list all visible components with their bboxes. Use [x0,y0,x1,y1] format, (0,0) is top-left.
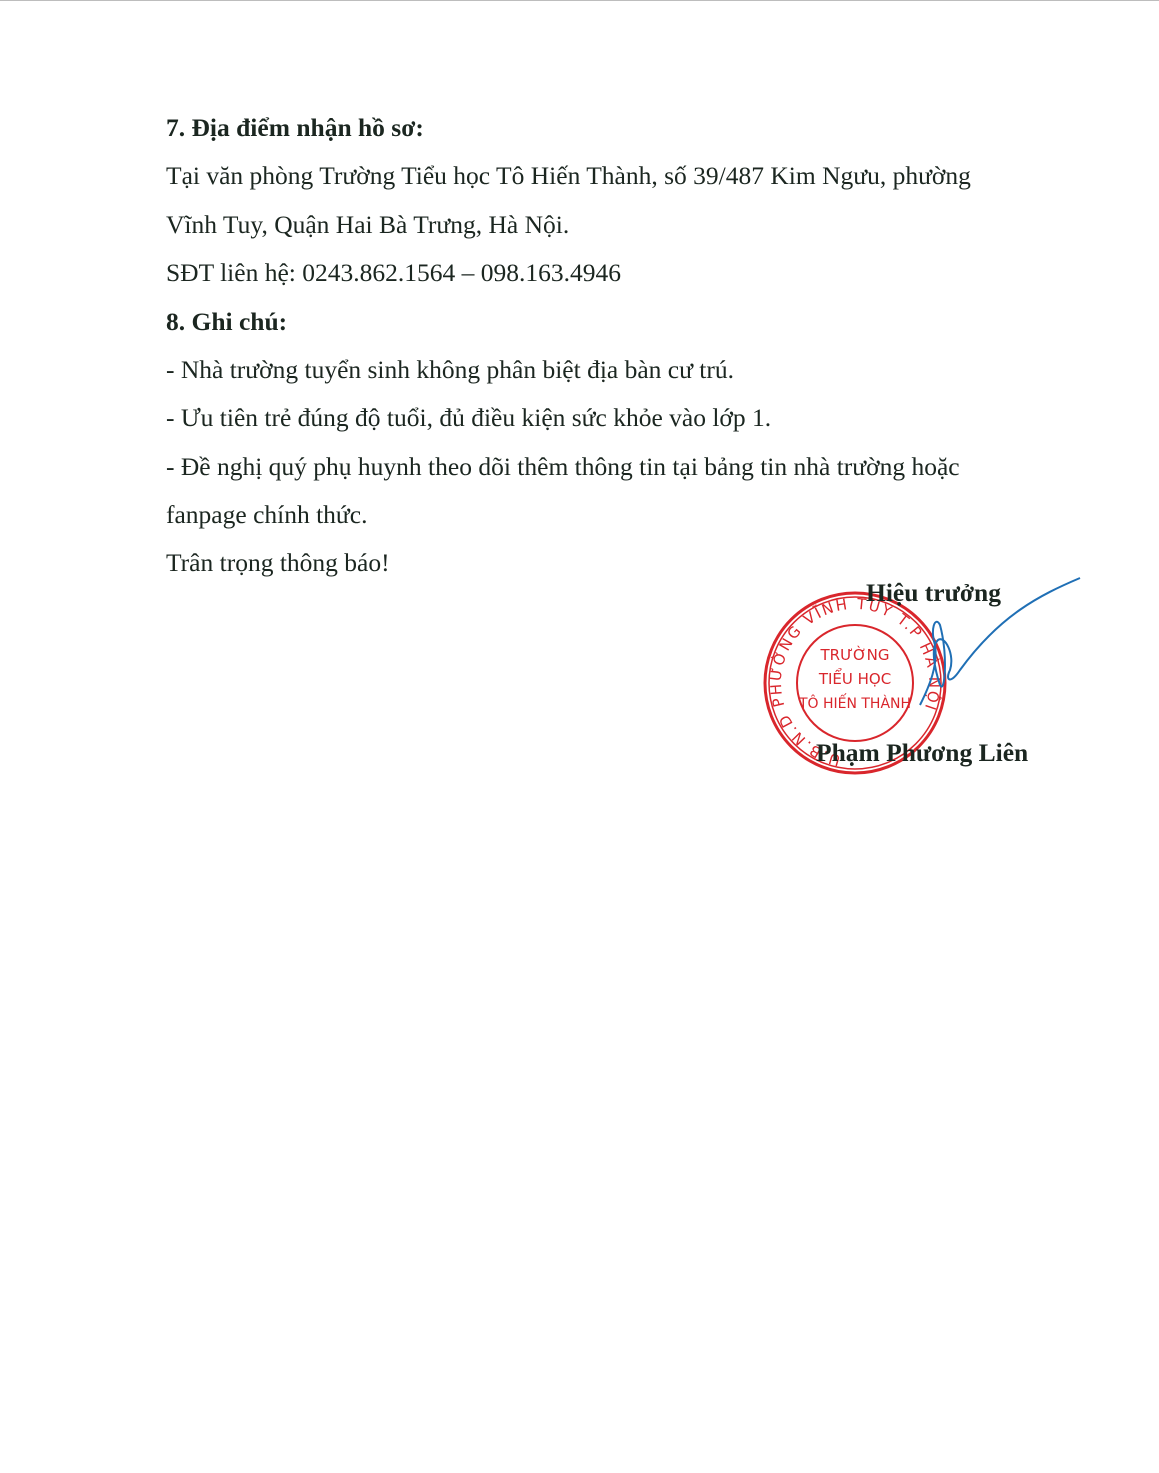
contact-phone: SĐT liên hệ: 0243.862.1564 – 098.163.494… [166,258,621,288]
page-top-border [0,0,1159,1]
signatory-title: Hiệu trưởng [866,578,1001,608]
section-7-heading: 7. Địa điểm nhận hồ sơ: [166,113,424,143]
note-item: - Đề nghị quý phụ huynh theo dõi thêm th… [166,452,960,482]
address-line-1: Tại văn phòng Trường Tiểu học Tô Hiến Th… [166,161,971,191]
address-line-2: Vĩnh Tuy, Quận Hai Bà Trưng, Hà Nội. [166,210,569,240]
closing-text: Trân trọng thông báo! [166,548,390,578]
note-item: fanpage chính thức. [166,500,367,530]
section-8-heading: 8. Ghi chú: [166,307,287,337]
signatory-name: Phạm Phương Liên [816,738,1028,768]
note-item: - Nhà trường tuyển sinh không phân biệt … [166,355,734,385]
note-item: - Ưu tiên trẻ đúng độ tuổi, đủ điều kiện… [166,403,771,433]
svg-text:TIỂU HỌC: TIỂU HỌC [818,667,891,688]
svg-text:TRƯỜNG: TRƯỜNG [820,645,890,664]
